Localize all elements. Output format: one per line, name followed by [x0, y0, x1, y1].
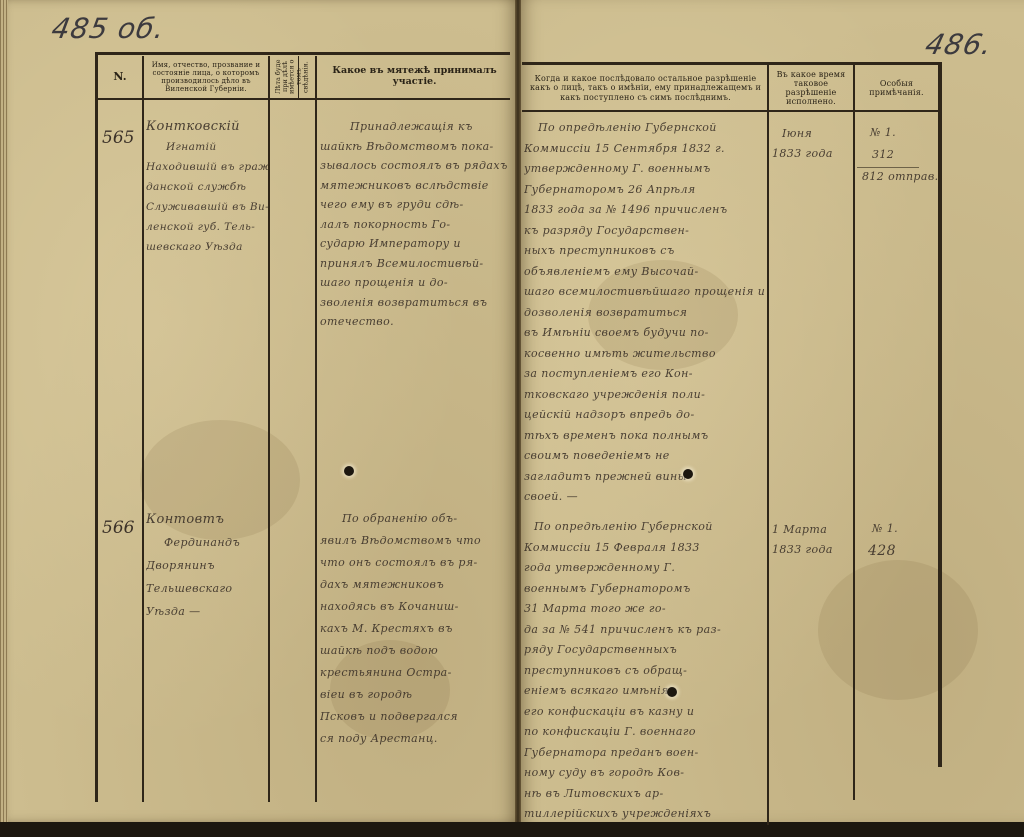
left-border-rule [95, 52, 98, 802]
text-line: По опредѣленію Губернской [524, 517, 766, 538]
text-line: нѣ въ Литовскихъ ар- [524, 784, 766, 805]
text-line: ныхъ преступниковъ съ [524, 241, 766, 262]
column-rule [142, 56, 144, 802]
binding-hole [344, 466, 354, 476]
ledger-spread: 485 об. 486. N. Имя, отчество, прозвание… [0, 0, 1024, 837]
text-line: Служивавшій въ Ви- [146, 197, 268, 217]
entry-name: Контковскій Игнатій Находившій въ граж- … [146, 117, 268, 257]
text-line: военнымъ Губернаторомъ [524, 579, 766, 600]
header-notes: Особыя примѣчанія. [855, 66, 938, 110]
text-line: находясь въ Кочаниш- [320, 596, 510, 618]
entry-resolution: По опредѣленію Губернской Коммиссіи 15 С… [524, 118, 766, 508]
column-rule [268, 56, 270, 802]
text-line: отечество. [320, 312, 510, 332]
text-line: Псковъ и подвергался [320, 706, 510, 728]
header-resolution: Когда и какое послѣдовало остальное разр… [524, 66, 767, 110]
entry-executed: 1 Марта 1833 года [772, 520, 852, 560]
text-line: Фердинандъ [146, 531, 268, 554]
text-line: да за № 541 причисленъ къ раз- [524, 620, 766, 641]
text-line: Коммиссіи 15 Сентября 1832 г. [524, 139, 766, 160]
binding-hole [683, 469, 693, 479]
text-line: По опредѣленію Губернской [524, 118, 766, 139]
text-line: шайкѣ Вѣдомствомъ пока- [320, 137, 510, 157]
text-line: загладитъ прежней вины [524, 467, 766, 488]
text-line: ряду Государственныхъ [524, 640, 766, 661]
header-bottom-rule [522, 110, 942, 112]
text-line: 1833 года [772, 144, 852, 164]
text-line: 1833 года за № 1496 причисленъ [524, 200, 766, 221]
text-line: Тельшевскаго [146, 577, 268, 600]
text-line: 1 Марта [772, 520, 852, 540]
entry-number: 566 [102, 518, 134, 538]
text-line: дозволенія возвратиться [524, 303, 766, 324]
header-bottom-rule [96, 98, 510, 100]
text-line: шайкѣ подъ водою [320, 640, 510, 662]
text-line: шевскаго Уѣзда [146, 237, 268, 257]
left-folio-number: 485 об. [49, 12, 167, 45]
column-rule [853, 65, 855, 800]
text-line: еніемъ всякаго имѣнія [524, 681, 766, 702]
text-line: чего ему въ груди сдѣ- [320, 195, 510, 215]
text-line: 312 [862, 144, 938, 166]
text-line: Контовтъ [146, 508, 268, 531]
text-line: явилъ Вѣдомствомъ что [320, 530, 510, 552]
text-line: Губернатора преданъ воен- [524, 743, 766, 764]
text-line: віеи въ городѣ [320, 684, 510, 706]
text-line: № 1. [862, 122, 938, 144]
text-line: ленской губ. Тель- [146, 217, 268, 237]
entry-notes: № 1. 428 [862, 518, 938, 562]
entry-resolution: По опредѣленію Губернской Коммиссіи 15 Ф… [524, 517, 766, 825]
entry-participation: По обраненію объ- явилъ Вѣдомствомъ что … [320, 508, 510, 750]
text-line: цейскій надзоръ впредь до- [524, 405, 766, 426]
entry-notes: № 1. 312 812 отправ. [862, 122, 938, 188]
text-line: зволенія возвратиться въ [320, 293, 510, 313]
right-border-rule [938, 62, 942, 767]
header-executed: Въ какое время таковое разрѣшеніе исполн… [769, 66, 853, 110]
text-line: по конфискаціи Г. военнаго [524, 722, 766, 743]
header-estates: Лѣта буде при дѣлѣ имѣется о томъ свѣдѣн… [270, 56, 315, 98]
entry-number: 565 [102, 128, 134, 148]
text-line: шаго прощенія и до- [320, 273, 510, 293]
text-line: 31 Марта того же го- [524, 599, 766, 620]
text-line: преступниковъ съ обращ- [524, 661, 766, 682]
text-line: что онъ состоялъ въ ря- [320, 552, 510, 574]
text-line: лалъ покорность Го- [320, 215, 510, 235]
text-line: Контковскій [146, 117, 268, 137]
text-line: тѣхъ временъ пока полнымъ [524, 426, 766, 447]
text-line: шаго всемилостивѣйшаго прощенія и [524, 282, 766, 303]
header-top-rule [522, 62, 942, 65]
text-line: ному суду въ городѣ Ков- [524, 763, 766, 784]
text-line: за поступленіемъ его Кон- [524, 364, 766, 385]
column-rule [315, 56, 317, 802]
text-line: Игнатій [146, 137, 268, 157]
paper-stain [818, 560, 978, 700]
text-line: 428 [862, 540, 938, 562]
text-line: Коммиссіи 15 Февраля 1833 [524, 538, 766, 559]
text-line: косвенно имѣть жительство [524, 344, 766, 365]
text-line: Находившій въ граж- [146, 157, 268, 177]
entry-executed: Іюня 1833 года [772, 124, 852, 164]
scan-border [0, 822, 1024, 837]
column-rule [767, 65, 769, 825]
text-line: къ разряду Государствен- [524, 221, 766, 242]
text-line: объявленіемъ ему Высочай- [524, 262, 766, 283]
entry-name: Контовтъ Фердинандъ Дворянинъ Тельшевска… [146, 508, 268, 623]
text-line: зывалось состоялъ въ рядахъ [320, 156, 510, 176]
text-line: въ Имѣніи своемъ будучи по- [524, 323, 766, 344]
page-edges [0, 0, 8, 822]
text-line: своимъ поведеніемъ не [524, 446, 766, 467]
text-line: 812 отправ. [862, 166, 938, 188]
text-line: мятежниковъ вслѣдствіе [320, 176, 510, 196]
text-line: По обраненію объ- [320, 508, 510, 530]
text-line: сударю Императору и [320, 234, 510, 254]
text-line: крестьянина Остра- [320, 662, 510, 684]
right-folio-number: 486. [922, 28, 997, 61]
header-name: Имя, отчество, прозвание и состояніе лиц… [144, 56, 268, 98]
text-line: 1833 года [772, 540, 852, 560]
text-line: Дворянинъ [146, 554, 268, 577]
header-number: N. [98, 56, 142, 98]
text-line: утвержденному Г. военнымъ [524, 159, 766, 180]
text-line: Уѣзда — [146, 600, 268, 623]
book-gutter [515, 0, 521, 822]
text-line: дахъ мятежниковъ [320, 574, 510, 596]
text-line: данской службѣ [146, 177, 268, 197]
text-line: Губернаторомъ 26 Апрѣля [524, 180, 766, 201]
text-line: кахъ М. Крестяхъ въ [320, 618, 510, 640]
text-line: своей. — [524, 487, 766, 508]
text-line: тковскаго учрежденія поли- [524, 385, 766, 406]
text-line: принялъ Всемилостивѣй- [320, 254, 510, 274]
notes-divider [857, 167, 919, 168]
text-line: его конфискаціи въ казну и [524, 702, 766, 723]
text-line: Принадлежащія къ [320, 117, 510, 137]
text-line: года утвержденному Г. [524, 558, 766, 579]
entry-participation: Принадлежащія къ шайкѣ Вѣдомствомъ пока-… [320, 117, 510, 332]
binding-hole [667, 687, 677, 697]
header-participation: Какое въ мятежѣ принималъ участіе. [317, 56, 512, 98]
header-top-rule [96, 52, 510, 55]
text-line: ся поду Арестанц. [320, 728, 510, 750]
text-line: Іюня [772, 124, 852, 144]
text-line: тиллерійскихъ учрежденіяхъ [524, 804, 766, 825]
text-line: № 1. [862, 518, 938, 540]
